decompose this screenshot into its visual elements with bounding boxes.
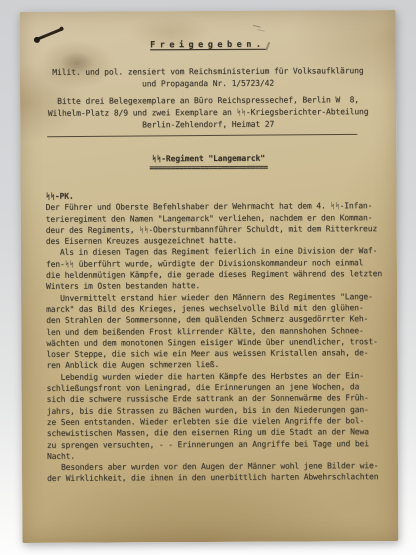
release-stamp: Freigegeben. <box>20 39 396 51</box>
distribution-note: Bitte drei Belegexemplare an Büro Reichs… <box>20 94 396 156</box>
paragraph: Lebendig wurden wieder die harten Kämpfe… <box>46 370 396 462</box>
document-paper: Freigegeben. Milit. und pol. zensiert vo… <box>20 10 399 543</box>
censor-note-line-2: und Propaganda Nr. 1/5723/42 <box>20 77 396 91</box>
pencil-mark <box>253 25 261 28</box>
paragraph: Unvermittelt erstand hier wieder den Män… <box>46 291 396 372</box>
staple-mark <box>35 27 63 41</box>
paragraph: Als in diesen Tagen das Regiment feierli… <box>46 246 396 293</box>
photo-background: Freigegeben. Milit. und pol. zensiert vo… <box>0 0 416 555</box>
censor-note-line-1: Milit. und pol. zensiert vom Reichsminis… <box>20 65 396 79</box>
document-title-underline: ============================ <box>20 162 396 173</box>
distribution-note-line-2: Wilhelm-Platz 8/9 und zwei Exemplare an … <box>20 106 396 120</box>
distribution-note-line-3: Berlin-Zehlendorf, Heimat 27 <box>20 118 396 132</box>
paragraph: Der Führer und Oberste Befehlshaber der … <box>46 200 396 247</box>
document-body: ᛋᛋ-PK. Der Führer und Oberste Befehlshab… <box>46 189 398 485</box>
paragraph: Besonders aber wurden vor den Augen der … <box>47 460 397 484</box>
